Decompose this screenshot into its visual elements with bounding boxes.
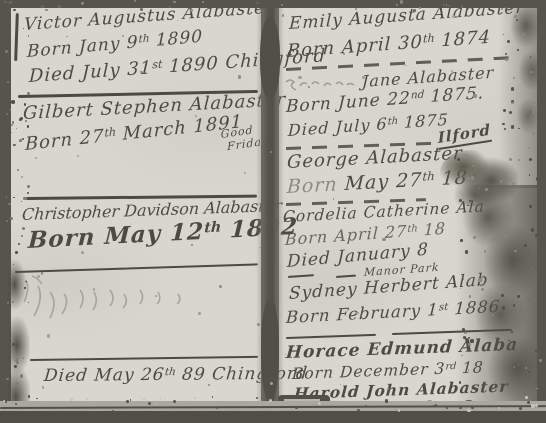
noise-dot [464,332,466,334]
noise-dot [7,81,9,83]
noise-dot [387,388,389,390]
noise-dot [27,192,29,194]
noise-dot [7,102,9,104]
noise-dot [81,251,84,254]
noise-dot [25,120,27,122]
noise-dot [24,287,25,288]
gutter-blob [261,300,279,400]
noise-dot [496,205,497,206]
noise-dot [356,312,358,314]
noise-dot [504,128,506,130]
noise-dot [160,397,161,398]
noise-dot [70,398,73,401]
noise-dot [28,395,31,398]
noise-dot [505,58,508,61]
noise-dot [195,115,197,117]
noise-dot [45,9,47,11]
noise-dot [535,404,538,407]
text-segment: 1874 [434,27,491,52]
noise-dot [194,397,196,399]
noise-dot [524,244,527,247]
ordinal-suffix: th [422,169,435,184]
noise-dot [530,71,533,74]
noise-dot [535,350,537,352]
noise-dot [512,182,515,185]
text-segment: May 27 [337,169,423,196]
frame-left-ragged [8,250,30,423]
noise-dot [382,238,385,241]
noise-dot [14,365,17,368]
noise-dot [219,285,222,288]
noise-dot [298,76,301,79]
noise-dot [9,106,11,108]
noise-dot [539,359,542,362]
noise-dot [190,9,193,12]
noise-dot [460,239,463,242]
noise-dot [21,201,22,202]
noise-dot [536,177,539,180]
noise-dot [256,2,258,4]
noise-dot [518,159,520,161]
faded-first-name-strokes [284,76,356,94]
noise-dot [465,250,468,253]
noise-dot [531,228,534,231]
text-segment: 18 [417,219,446,240]
noise-dot [511,331,513,333]
noise-dot [173,1,176,4]
noise-dot [385,400,388,403]
noise-dot [130,399,132,401]
noise-dot [77,155,79,157]
noise-dot [58,5,61,8]
noise-dot [126,400,129,403]
noise-dot [148,402,151,405]
noise-dot [86,398,88,400]
ordinal-suffix: th [138,33,149,46]
noise-dot [281,4,283,6]
noise-dot [22,138,24,140]
noise-dot [471,176,474,179]
noise-dot [27,185,30,188]
noise-dot [282,14,284,16]
ordinal-suffix: nd [411,89,425,102]
noise-dot [112,410,114,412]
noise-dot [467,205,468,206]
noise-dot [400,0,403,3]
noise-dot [191,244,193,246]
noise-dot [285,354,286,355]
frame-bottom [0,411,546,423]
noise-dot [467,177,470,180]
noise-dot [485,188,488,191]
noise-dot [13,9,15,11]
noise-dot [472,165,474,167]
noise-dot [355,8,357,10]
noise-dot [20,374,23,377]
noise-dot [12,121,15,124]
noise-dot [23,358,24,359]
noise-dot [15,251,18,254]
noise-dot [419,7,421,9]
noise-dot [514,15,516,17]
text-segment: Died May 26 [43,365,166,386]
noise-dot [11,100,14,103]
noise-dot [333,198,334,199]
ordinal-suffix: st [152,58,163,72]
noise-dot [532,101,535,104]
noise-dot [396,4,398,6]
noise-dot [21,176,23,178]
noise-dot [28,35,29,36]
noise-dot [357,409,359,411]
noise-dot [93,288,95,290]
scanned-register-page: Victor Augustus Alabaster Born Jany 9th … [0,0,546,423]
noise-dot [6,57,8,59]
noise-dot [513,304,515,306]
noise-dot [509,158,512,161]
noise-dot [531,267,532,268]
noise-dot [467,409,470,412]
noise-dot [35,157,37,159]
noise-dot [259,247,261,249]
noise-dot [47,334,50,337]
noise-dot [527,401,530,404]
ordinal-suffix: th [204,219,222,236]
noise-dot [529,205,532,208]
noise-dot [459,406,462,409]
noise-dot [23,197,26,200]
noise-dot [365,405,367,407]
noise-dot [517,49,518,50]
noise-dot [501,294,504,297]
noise-dot [173,400,176,403]
noise-dot [23,28,24,29]
right-edge-mottle [498,8,538,188]
noise-dot [503,208,506,211]
noise-dot [156,403,157,404]
noise-dot [134,0,136,2]
noise-dot [501,8,503,10]
noise-dot [478,278,481,281]
ordinal-suffix: th [104,125,116,139]
noise-dot [4,1,6,3]
noise-dot [470,339,473,342]
noise-dot [528,253,529,254]
noise-dot [537,138,539,140]
noise-dot [535,234,538,237]
noise-dot [507,40,510,43]
noise-dot [169,6,171,8]
gutter-blob [260,18,280,98]
noise-dot [15,403,17,405]
noise-dot [81,2,83,4]
noise-dot [464,154,466,156]
noise-dot [5,401,7,403]
noise-dot [530,56,531,57]
noise-dot [12,343,15,346]
noise-dot [539,77,540,78]
noise-dot [8,38,9,39]
noise-dot [509,111,512,114]
text-segment: 89 Chingford [175,364,309,385]
noise-dot [155,295,157,297]
noise-dot [500,180,503,183]
noise-dot [505,7,506,8]
noise-dot [473,236,476,239]
noise-dot [17,169,19,171]
noise-dot [208,384,209,385]
ordinal-suffix: th [407,223,418,235]
noise-dot [522,33,525,36]
noise-dot [22,227,25,230]
ordinal-suffix: th [423,32,435,46]
faded-illegible-writing [20,272,230,332]
noise-dot [36,398,37,399]
noise-dot [459,381,461,383]
noise-dot [463,278,464,279]
noise-dot [529,158,532,161]
noise-dot [538,142,539,143]
noise-dot [69,139,71,141]
noise-dot [12,301,14,303]
noise-dot [510,178,512,180]
noise-dot [513,77,515,79]
noise-dot [413,9,416,12]
noise-dot [531,404,534,407]
noise-dot [198,312,201,315]
noise-dot [257,323,260,326]
faded-word: Born [286,173,338,198]
noise-dot [269,399,272,402]
noise-dot [468,343,471,346]
noise-dot [461,355,462,356]
noise-dot [473,94,476,97]
